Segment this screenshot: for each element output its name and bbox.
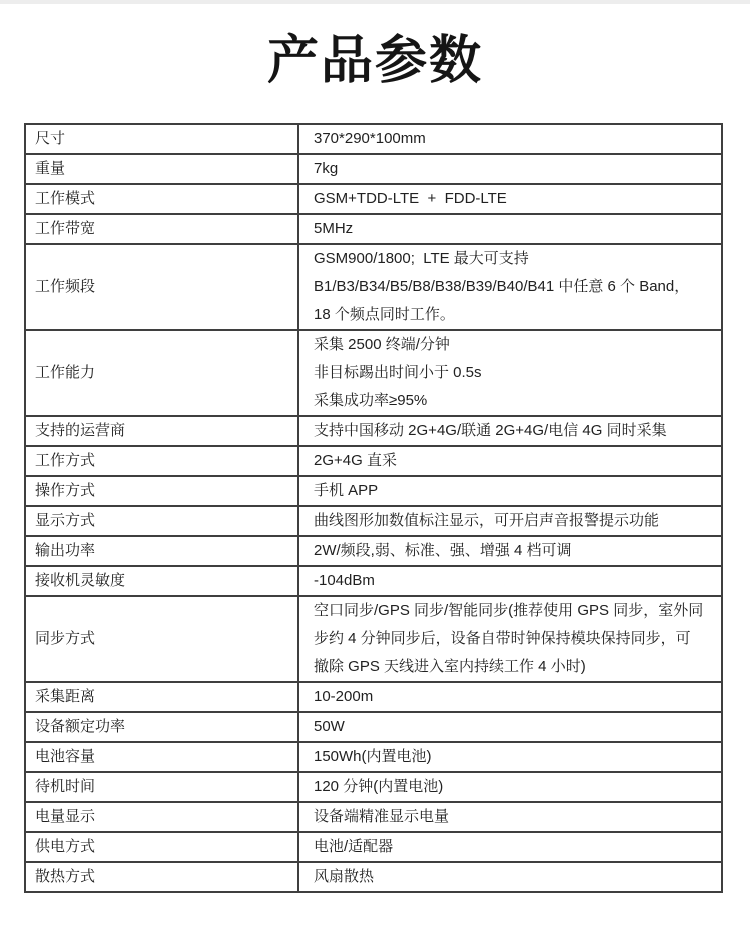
spec-value-line: 150Wh(内置电池) xyxy=(314,743,715,771)
spec-label-cell: 尺寸 xyxy=(25,124,298,154)
spec-label-cell: 输出功率 xyxy=(25,536,298,566)
spec-value-cell: 设备端精准显示电量 xyxy=(298,802,722,832)
spec-value-line: 2G+4G 直采 xyxy=(314,447,715,475)
spec-value-cell: 电池/适配器 xyxy=(298,832,722,862)
top-strip xyxy=(0,0,750,4)
spec-value-cell: GSM+TDD-LTE + FDD-LTE xyxy=(298,184,722,214)
spec-value-cell: 150Wh(内置电池) xyxy=(298,742,722,772)
spec-value-line: 支持中国移动 2G+4G/联通 2G+4G/电信 4G 同时采集 xyxy=(314,417,715,445)
spec-value-line: 2W/频段,弱、标准、强、增强 4 档可调 xyxy=(314,537,715,565)
table-row: 支持的运营商 支持中国移动 2G+4G/联通 2G+4G/电信 4G 同时采集 xyxy=(25,416,722,446)
spec-label-cell: 待机时间 xyxy=(25,772,298,802)
table-row: 接收机灵敏度 -104dBm xyxy=(25,566,722,596)
spec-value-line: 步约 4 分钟同步后，设备自带时钟保持模块保持同步，可 xyxy=(314,625,715,653)
table-row: 输出功率 2W/频段,弱、标准、强、增强 4 档可调 xyxy=(25,536,722,566)
spec-value-cell: 2W/频段,弱、标准、强、增强 4 档可调 xyxy=(298,536,722,566)
spec-value-line: 120 分钟(内置电池) xyxy=(314,773,715,801)
spec-label-cell: 散热方式 xyxy=(25,862,298,892)
spec-label-cell: 电量显示 xyxy=(25,802,298,832)
spec-value-line: 10-200m xyxy=(314,683,715,711)
spec-value-cell: 曲线图形加数值标注显示，可开启声音报警提示功能 xyxy=(298,506,722,536)
product-spec-page: 产品参数 尺寸 370*290*100mm 重量 7kg 工作模式 GSM+TD… xyxy=(0,0,750,944)
table-row: 同步方式 空口同步/GPS 同步/智能同步(推荐使用 GPS 同步，室外同步约 … xyxy=(25,596,722,682)
spec-label-cell: 同步方式 xyxy=(25,596,298,682)
table-row: 重量 7kg xyxy=(25,154,722,184)
spec-value-line: 手机 APP xyxy=(314,477,715,505)
table-row: 操作方式 手机 APP xyxy=(25,476,722,506)
table-row: 显示方式 曲线图形加数值标注显示，可开启声音报警提示功能 xyxy=(25,506,722,536)
table-row: 散热方式 风扇散热 xyxy=(25,862,722,892)
spec-label-cell: 重量 xyxy=(25,154,298,184)
spec-value-line: -104dBm xyxy=(314,567,715,595)
table-row: 设备额定功率 50W xyxy=(25,712,722,742)
table-row: 工作模式 GSM+TDD-LTE + FDD-LTE xyxy=(25,184,722,214)
spec-value-cell: 2G+4G 直采 xyxy=(298,446,722,476)
spec-label-cell: 电池容量 xyxy=(25,742,298,772)
table-row: 工作频段 GSM900/1800; LTE 最大可支持B1/B3/B34/B5/… xyxy=(25,244,722,330)
table-row: 尺寸 370*290*100mm xyxy=(25,124,722,154)
spec-value-cell: -104dBm xyxy=(298,566,722,596)
spec-value-cell: 手机 APP xyxy=(298,476,722,506)
spec-value-line: 采集成功率≥95% xyxy=(314,387,715,415)
spec-label-cell: 操作方式 xyxy=(25,476,298,506)
spec-value-line: 18 个频点同时工作。 xyxy=(314,301,715,329)
spec-value-line: GSM900/1800; LTE 最大可支持 xyxy=(314,245,715,273)
table-row: 工作能力 采集 2500 终端/分钟非目标踢出时间小于 0.5s采集成功率≥95… xyxy=(25,330,722,416)
table-row: 待机时间 120 分钟(内置电池) xyxy=(25,772,722,802)
spec-label-cell: 采集距离 xyxy=(25,682,298,712)
spec-value-line: 空口同步/GPS 同步/智能同步(推荐使用 GPS 同步，室外同 xyxy=(314,597,715,625)
table-row: 工作方式 2G+4G 直采 xyxy=(25,446,722,476)
spec-value-line: 撤除 GPS 天线进入室内持续工作 4 小时) xyxy=(314,653,715,681)
spec-value-cell: GSM900/1800; LTE 最大可支持B1/B3/B34/B5/B8/B3… xyxy=(298,244,722,330)
spec-value-line: 50W xyxy=(314,713,715,741)
table-row: 供电方式 电池/适配器 xyxy=(25,832,722,862)
table-row: 工作带宽 5MHz xyxy=(25,214,722,244)
table-row: 电量显示 设备端精准显示电量 xyxy=(25,802,722,832)
spec-label-cell: 支持的运营商 xyxy=(25,416,298,446)
spec-label-cell: 接收机灵敏度 xyxy=(25,566,298,596)
spec-value-line: GSM+TDD-LTE + FDD-LTE xyxy=(314,185,715,213)
spec-table: 尺寸 370*290*100mm 重量 7kg 工作模式 GSM+TDD-LTE… xyxy=(24,123,723,893)
table-row: 采集距离 10-200m xyxy=(25,682,722,712)
table-row: 电池容量 150Wh(内置电池) xyxy=(25,742,722,772)
spec-value-line: B1/B3/B34/B5/B8/B38/B39/B40/B41 中任意 6 个 … xyxy=(314,273,715,301)
spec-value-line: 风扇散热 xyxy=(314,863,715,891)
spec-value-cell: 370*290*100mm xyxy=(298,124,722,154)
spec-label-cell: 设备额定功率 xyxy=(25,712,298,742)
spec-value-line: 7kg xyxy=(314,155,715,183)
spec-value-line: 电池/适配器 xyxy=(314,833,715,861)
spec-value-line: 370*290*100mm xyxy=(314,125,715,153)
spec-value-line: 非目标踢出时间小于 0.5s xyxy=(314,359,715,387)
spec-label-cell: 工作频段 xyxy=(25,244,298,330)
spec-value-cell: 风扇散热 xyxy=(298,862,722,892)
spec-label-cell: 供电方式 xyxy=(25,832,298,862)
spec-value-cell: 5MHz xyxy=(298,214,722,244)
spec-value-cell: 空口同步/GPS 同步/智能同步(推荐使用 GPS 同步，室外同步约 4 分钟同… xyxy=(298,596,722,682)
spec-value-cell: 7kg xyxy=(298,154,722,184)
spec-value-cell: 支持中国移动 2G+4G/联通 2G+4G/电信 4G 同时采集 xyxy=(298,416,722,446)
spec-label-cell: 工作带宽 xyxy=(25,214,298,244)
spec-label-cell: 工作能力 xyxy=(25,330,298,416)
spec-value-cell: 10-200m xyxy=(298,682,722,712)
spec-value-line: 采集 2500 终端/分钟 xyxy=(314,331,715,359)
spec-value-line: 5MHz xyxy=(314,215,715,243)
spec-value-cell: 120 分钟(内置电池) xyxy=(298,772,722,802)
spec-label-cell: 显示方式 xyxy=(25,506,298,536)
spec-label-cell: 工作方式 xyxy=(25,446,298,476)
page-title: 产品参数 xyxy=(0,30,750,92)
spec-label-cell: 工作模式 xyxy=(25,184,298,214)
spec-value-cell: 50W xyxy=(298,712,722,742)
spec-value-line: 设备端精准显示电量 xyxy=(314,803,715,831)
spec-value-cell: 采集 2500 终端/分钟非目标踢出时间小于 0.5s采集成功率≥95% xyxy=(298,330,722,416)
spec-value-line: 曲线图形加数值标注显示，可开启声音报警提示功能 xyxy=(314,507,715,535)
